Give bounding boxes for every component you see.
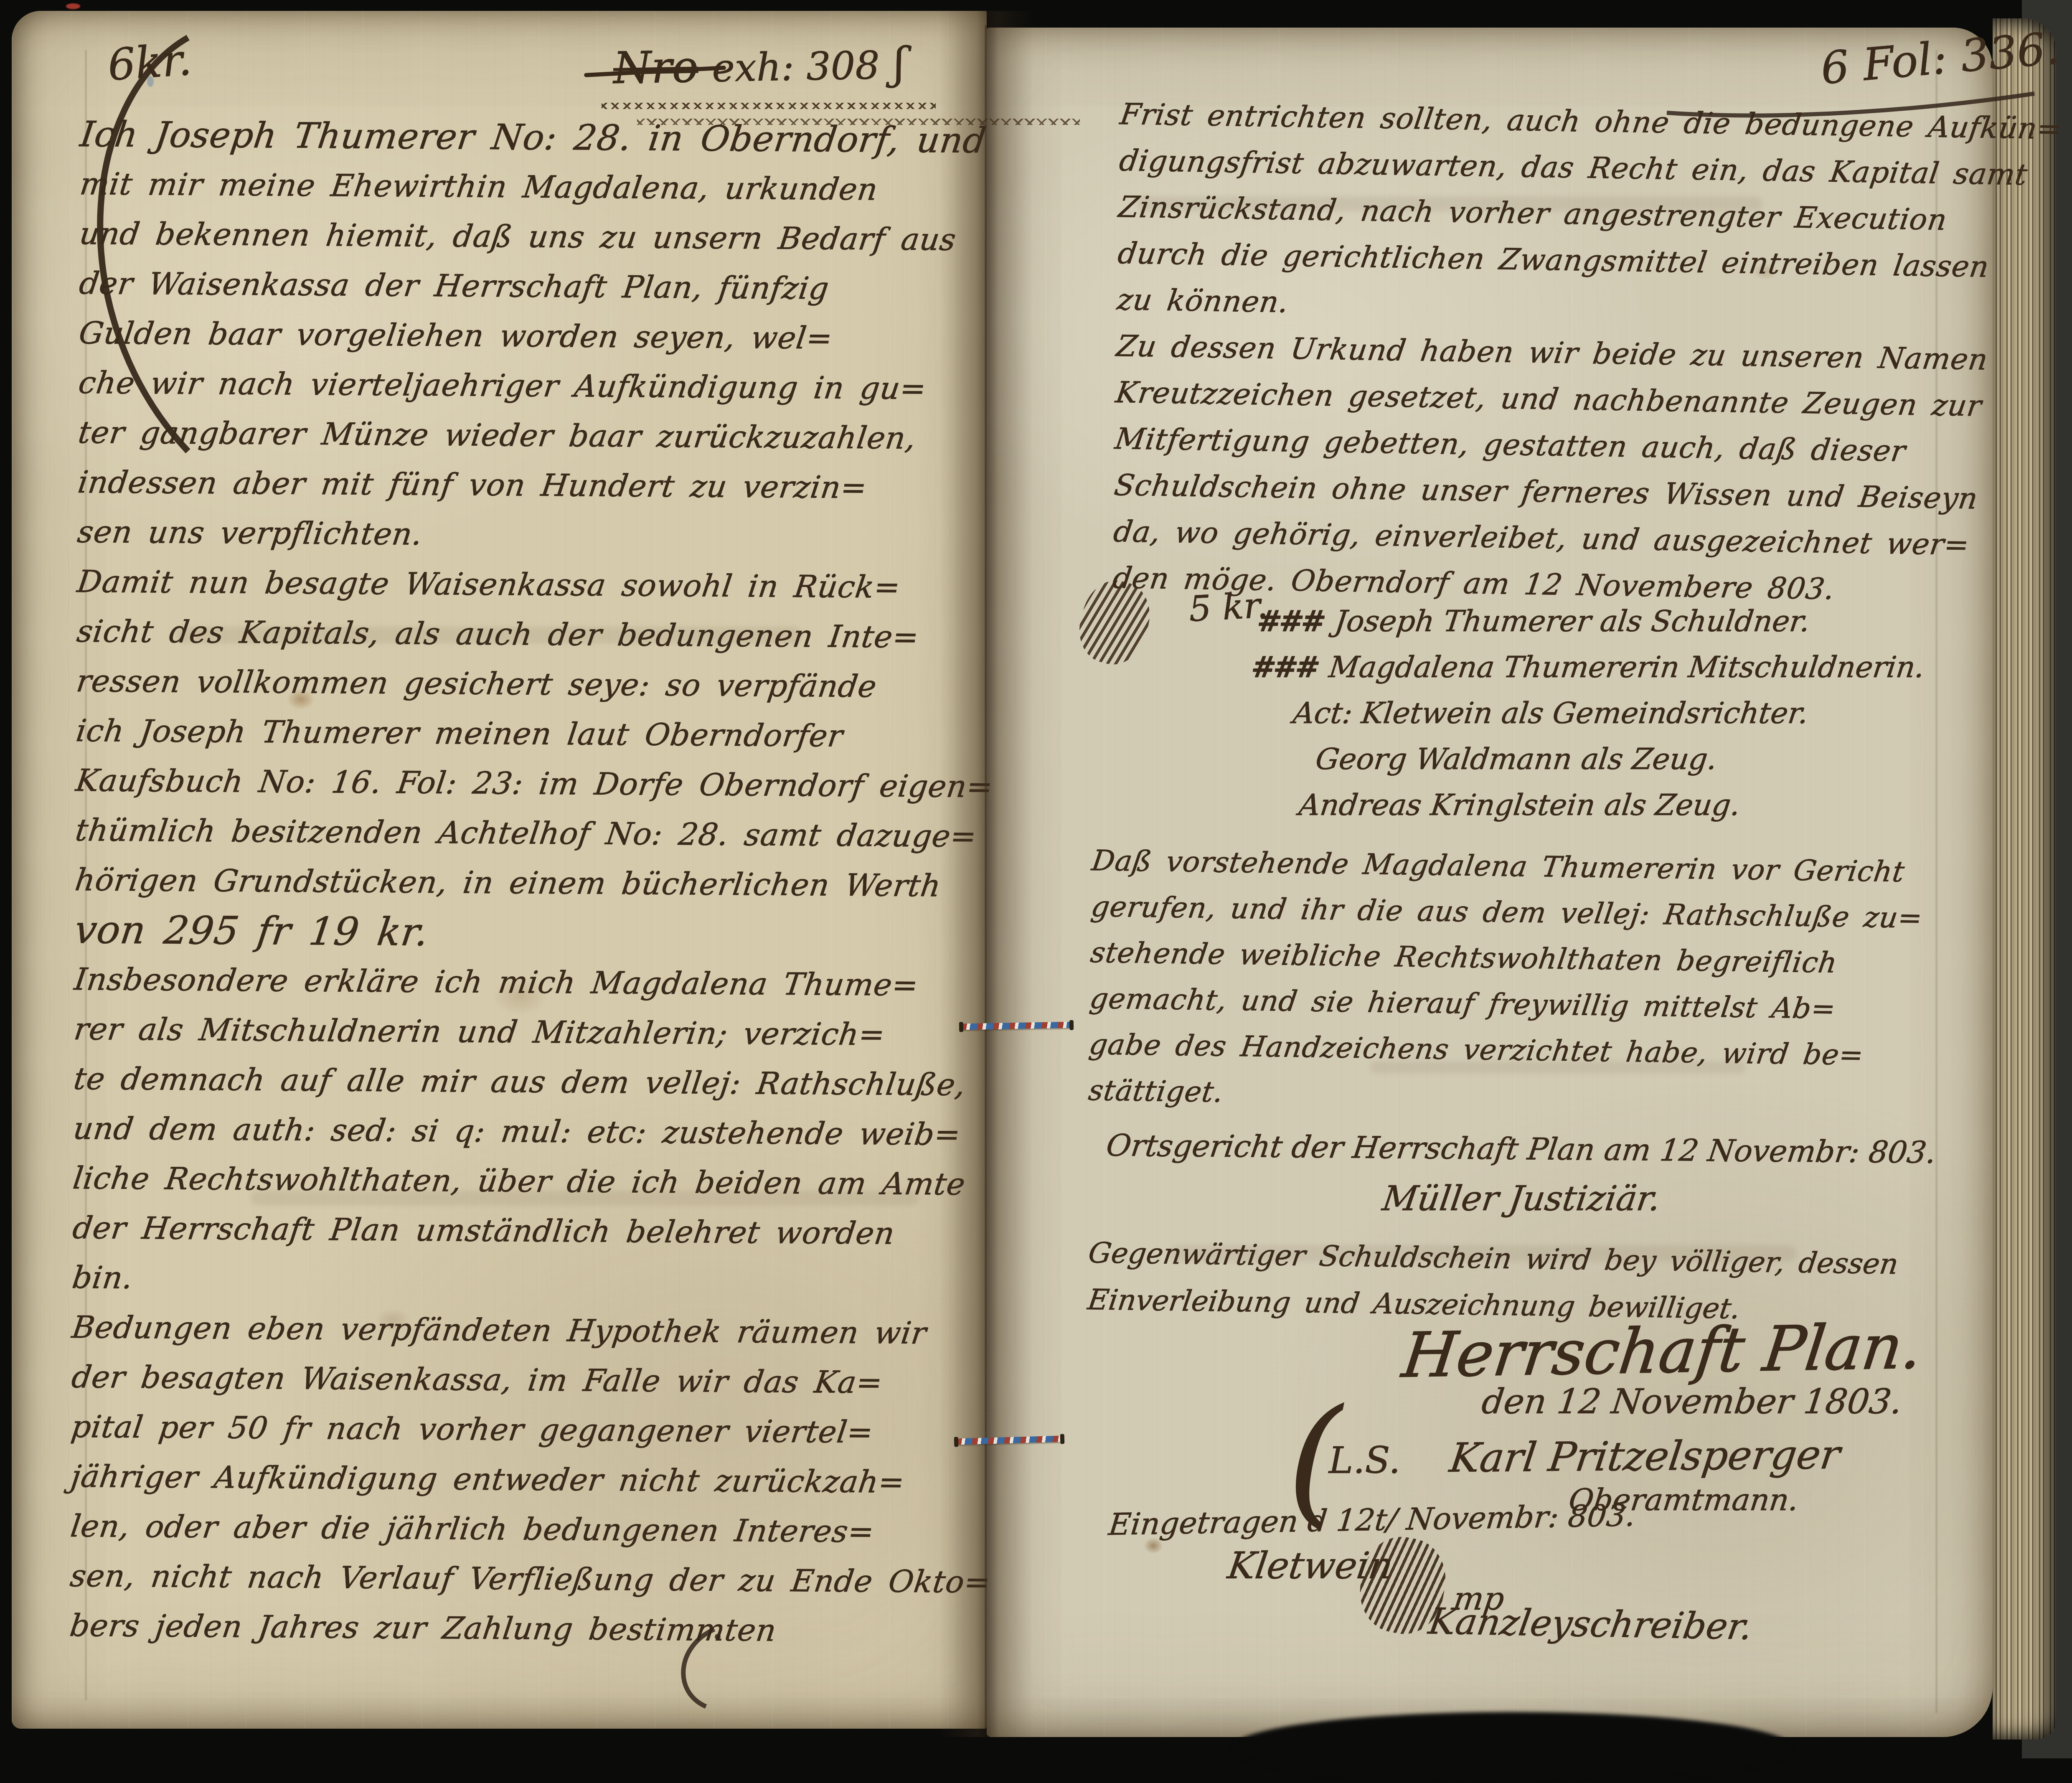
handwritten-line: jähriger Aufkündigung entweder nicht zur… — [68, 1452, 995, 1508]
wavy-underline — [602, 103, 936, 109]
signature-text: Andreas Kringlstein als Zeug. — [1297, 788, 1742, 822]
handwritten-line: Ich Joseph Thumerer No: 28. in Oberndorf… — [77, 109, 1004, 165]
justiciar-signature: Müller Justiziär. — [1380, 1179, 1663, 1219]
hand-mark: ### — [1249, 650, 1320, 684]
handwritten-line: Bedungen eben verpfändeten Hypothek räum… — [69, 1303, 995, 1359]
handwritten-line: bers jeden Jahres zur Zahlung bestimmten — [67, 1601, 993, 1657]
handwritten-line: hörigen Grundstücken, in einem bücherlic… — [72, 855, 999, 911]
signature-row: Georg Waldmann als Zeug. — [1314, 744, 1719, 774]
handwritten-line: liche Rechtswohlthaten, über die ich bei… — [70, 1153, 997, 1209]
hand-mark: ### — [1255, 604, 1325, 638]
signature-row: ###Magdalena Thumererin Mitschuldnerin. — [1250, 653, 1926, 682]
left-page-text: Ich Joseph Thumerer No: 28. in Oberndorf… — [67, 109, 998, 1657]
handwritten-line: mit mir meine Ehewirthin Magdalena, urku… — [77, 159, 1003, 215]
handwritten-line: von 295 fr 19 kr. — [72, 905, 998, 961]
signature-text: Georg Waldmann als Zeug. — [1314, 742, 1719, 776]
official-signature: Karl Pritzelsperger — [1447, 1431, 1843, 1481]
signature-date: den 12 November 1803. — [1480, 1382, 1904, 1422]
handwritten-line: bin. — [69, 1253, 996, 1309]
handwritten-line: len, oder aber die jährlich bedungenen I… — [68, 1501, 994, 1557]
handwritten-line: und dem auth: sed: si q: mul: etc: zuste… — [71, 1104, 997, 1160]
handwritten-line: Insbesondere erkläre ich mich Magdalena … — [71, 955, 998, 1011]
handwritten-line: Gulden baar vorgeliehen worden seyen, we… — [76, 308, 1003, 364]
right-page-text: Frist entrichten sollten, auch ohne die … — [1110, 91, 2059, 616]
handwritten-line: der besagten Waisenkassa, im Falle wir d… — [69, 1352, 995, 1408]
manuscript-scan: 6kr. Nro exh: 308 ʃ 6 Fol: 336. Ich Jose… — [0, 0, 2072, 1758]
stamp-fee-note: 6kr. — [106, 34, 193, 91]
handwritten-line: der Waisenkassa der Herrschaft Plan, fün… — [76, 259, 1003, 315]
signature-row: Andreas Kringlstein als Zeug. — [1298, 790, 1742, 820]
handwritten-line: ressen vollkommen gesichert seye: so ver… — [74, 656, 1000, 712]
signature-text: Act: Kletwein als Gemeindsrichter. — [1291, 696, 1810, 730]
signature-row: Act: Kletwein als Gemeindsrichter. — [1292, 698, 1810, 728]
handwritten-line: te demnach auf alle mir aus dem vellej: … — [71, 1054, 997, 1110]
paraph-flourish: ʃ — [893, 38, 906, 89]
handwritten-line: der Herrschaft Plan umständlich belehret… — [70, 1203, 996, 1259]
handwritten-line: ich Joseph Thumerer meinen laut Oberndor… — [73, 706, 1000, 762]
handwritten-line: pital per 50 fr nach vorher gegangener v… — [69, 1402, 995, 1458]
handwritten-line: sen, nicht nach Verlauf Verfließung der … — [67, 1551, 994, 1607]
signature-text: Magdalena Thumererin Mitschuldnerin. — [1327, 650, 1927, 684]
court-line: Ortsgericht der Herrschaft Plan am 12 No… — [1105, 1128, 1938, 1170]
handwritten-line: und bekennen hiemit, daß uns zu unsern B… — [77, 209, 1003, 265]
signature-text: Joseph Thumerer als Schuldner. — [1333, 604, 1812, 638]
handwritten-line: sicht des Kapitals, als auch der bedunge… — [74, 607, 1000, 663]
seal-label: L.S. — [1329, 1439, 1401, 1482]
exhibit-number: Nro exh: 308 ʃ — [613, 38, 906, 94]
handwritten-line: ter gangbarer Münze wieder baar zurückzu… — [75, 408, 1002, 464]
handwritten-line: thümlich besitzenden Achtelhof No: 28. s… — [73, 805, 999, 861]
handwritten-line: rer als Mitschuldnerin und Mitzahlerin; … — [71, 1004, 998, 1060]
estate-signature: Herrschaft Plan. — [1399, 1311, 1926, 1392]
handwritten-line: Damit nun besagte Waisenkassa sowohl in … — [74, 557, 1001, 613]
fee-note: 5 kr. — [1188, 584, 1269, 630]
handwritten-line: Kaufsbuch No: 16. Fol: 23: im Dorfe Ober… — [73, 756, 999, 812]
handwritten-line: che wir nach vierteljaehriger Aufkündigu… — [76, 358, 1002, 414]
signature-row: ###Joseph Thumerer als Schuldner. — [1256, 607, 1812, 636]
handwritten-line: sen uns verpflichten. — [75, 507, 1001, 563]
red-speck — [66, 3, 80, 9]
handwritten-line: indessen aber mit fünf von Hundert zu ve… — [75, 457, 1001, 513]
attestation-paragraph: Daß vorstehende Magdalena Thumererin vor… — [1086, 838, 1920, 1125]
exhibit-value: exh: 308 — [712, 43, 880, 91]
clerk-title: Kanzleyschreiber. — [1426, 1600, 1755, 1648]
